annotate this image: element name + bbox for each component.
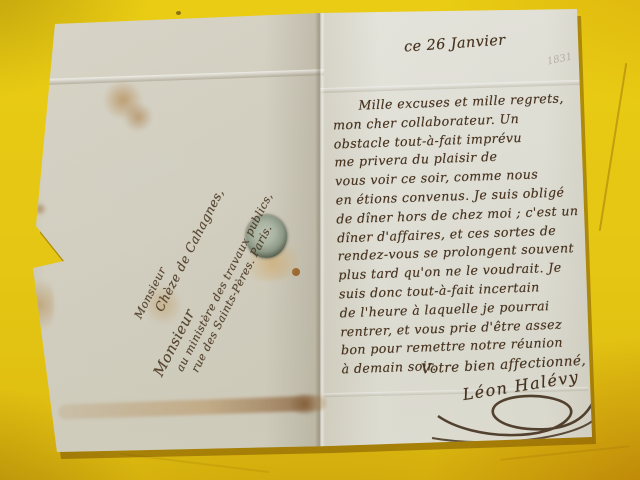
crease-stain-blob [288,394,322,414]
address-lines: Monsieur Chèze de Cahagnes, Monsieur au … [113,142,299,393]
background-speck [176,11,181,15]
ink-stain [122,103,154,131]
letter-body: Mille excuses et mille regrets, mon cher… [332,89,596,380]
folded-letter-paper: Monsieur Chèze de Cahagnes, Monsieur au … [0,0,640,480]
photograph-of-handwritten-letter: Monsieur Chèze de Cahagnes, Monsieur au … [0,0,640,480]
address-block: Monsieur Chèze de Cahagnes, Monsieur au … [88,152,324,382]
